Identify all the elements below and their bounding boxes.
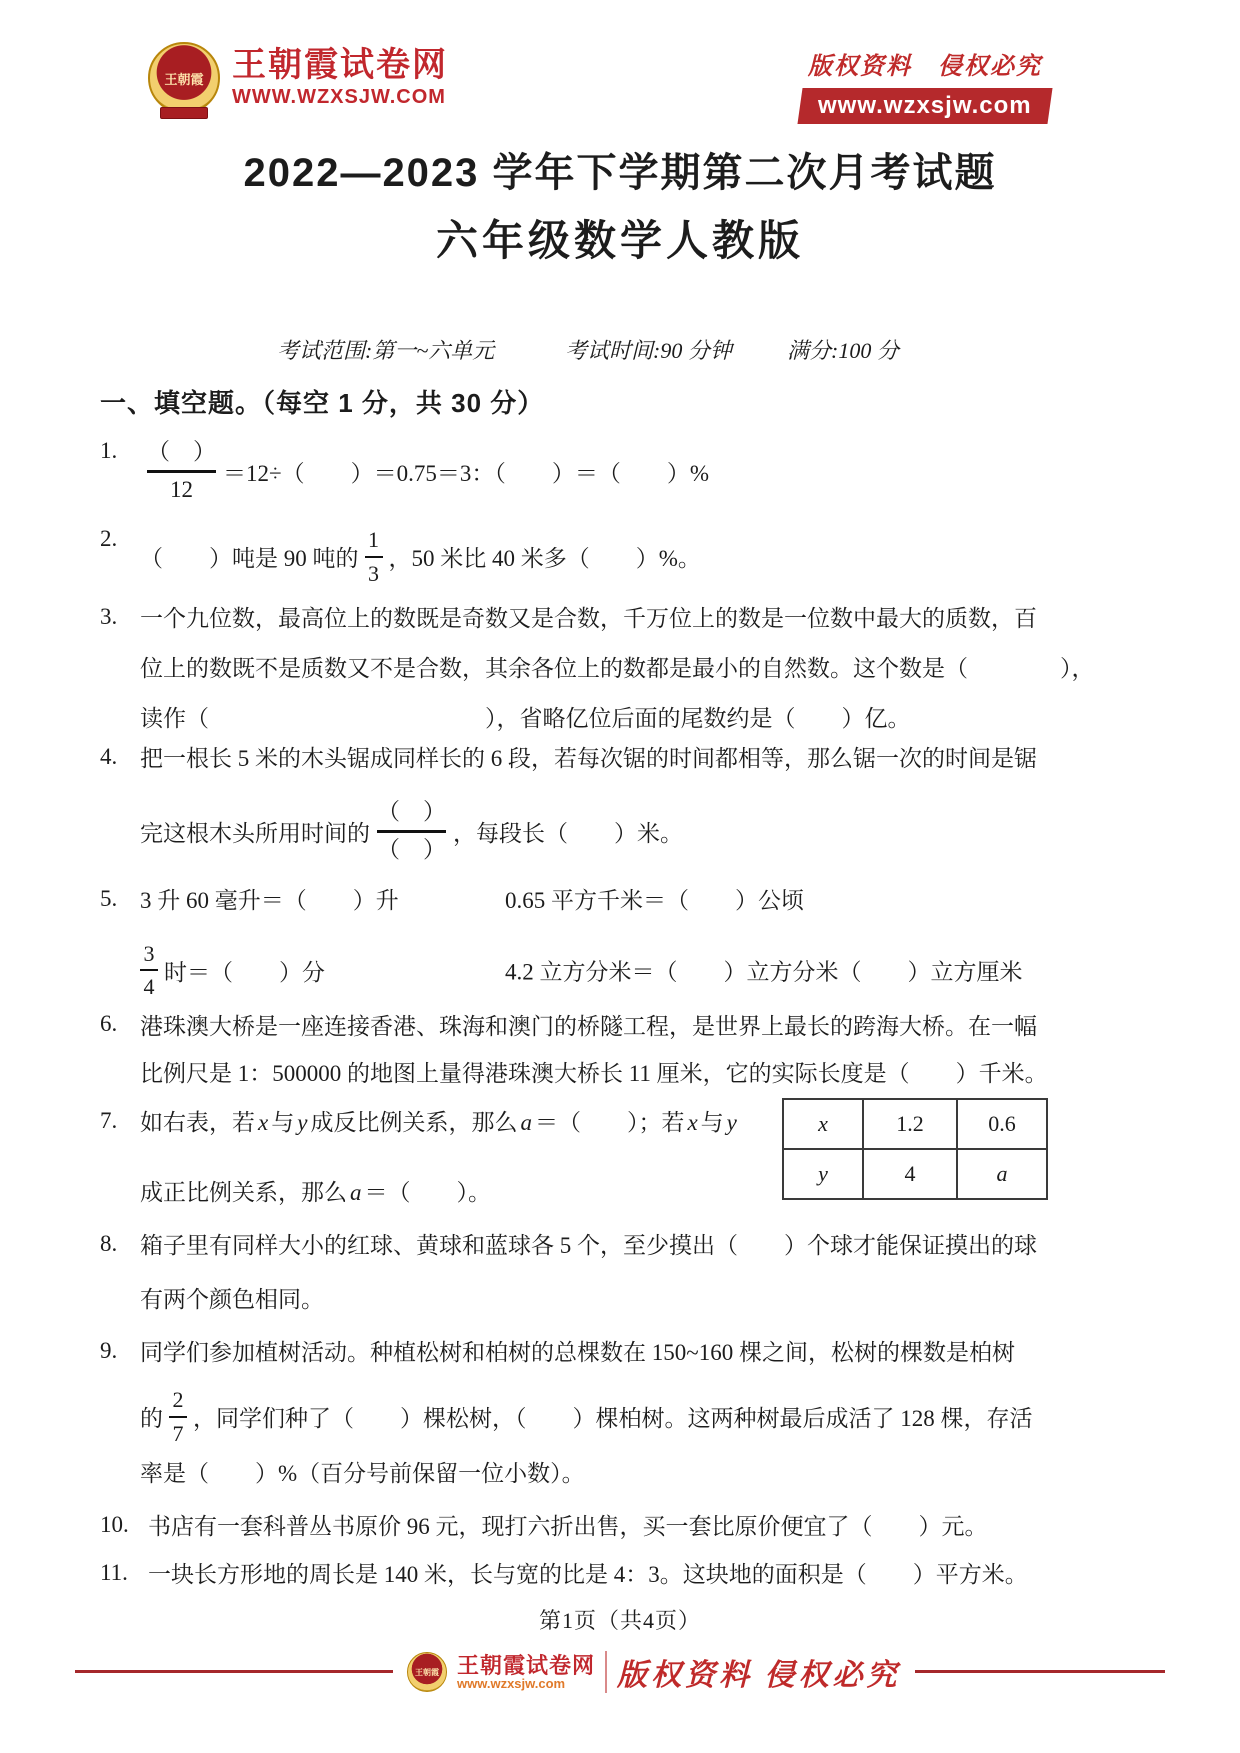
- question-9-line-1: 同学们参加植树活动。种植松树和柏树的总棵数在 150~160 棵之间，松树的棵数…: [140, 1338, 1045, 1368]
- exam-paper-page: 王朝霞 王朝霞试卷网 WWW.WZXSJW.COM 版权资料 侵权必究 www.…: [0, 0, 1240, 1753]
- question-6: 6. 港珠澳大桥是一座连接香港、珠海和澳门的桥隧工程，是世界上最长的跨海大桥。在…: [140, 1003, 1045, 1097]
- variable-a: a: [517, 1110, 535, 1135]
- question-number: 11.: [100, 1560, 128, 1586]
- header-brand: 王朝霞 王朝霞试卷网 WWW.WZXSJW.COM: [148, 42, 448, 114]
- fraction-denominator: 4: [144, 973, 155, 1001]
- fraction-bar: [365, 556, 383, 558]
- question-8-line-1: 箱子里有同样大小的红球、黄球和蓝球各 5 个，至少摸出（ ）个球才能保证摸出的球: [140, 1231, 1045, 1261]
- question-1: 1. （ ） 12 ＝12÷（ ）＝0.75＝3：（ ）＝（ ）%: [140, 438, 1045, 505]
- fraction: （ ） 12: [147, 438, 216, 505]
- question-7-text: 如右表，若: [140, 1110, 255, 1135]
- brand-name: 王朝霞试卷网: [232, 48, 448, 84]
- variable-a: a: [347, 1180, 365, 1205]
- question-10-line-1: 书店有一套科普丛书原价 96 元，现打六折出售，买一套比原价便宜了（ ）元。: [148, 1512, 1053, 1542]
- footer-brand: 王朝霞 王朝霞试卷网 www.wzxsjw.com 版权资料 侵权必究: [393, 1644, 915, 1700]
- fraction-denominator: （ ）: [377, 836, 446, 865]
- fraction-bar: [147, 470, 216, 473]
- question-9-line-3: 率是（ ）%（百分号前保留一位小数）。: [140, 1459, 1045, 1489]
- table-cell: 1.2: [863, 1099, 957, 1149]
- question-number: 4.: [100, 744, 117, 770]
- question-number: 6.: [100, 1011, 117, 1037]
- question-1-text: ＝12÷（ ）＝0.75＝3：（ ）＝（ ）%: [223, 455, 709, 488]
- question-3: 3. 一个九位数，最高位上的数既是奇数又是合数，千万位上的数是一位数中最大的质数…: [140, 594, 1045, 744]
- variable-x: x: [684, 1110, 700, 1135]
- footer-brand-url: www.wzxsjw.com: [457, 1677, 595, 1691]
- xy-ratio-table: x 1.2 0.6 y 4 a: [782, 1098, 1048, 1200]
- question-5-row-2: 3 4 时＝（ ）分 4.2 立方分米＝（ ）立方分米（ ）立方厘米: [140, 932, 1045, 1008]
- variable-x: x: [255, 1110, 271, 1135]
- question-9-line-2: 的 2 7 ，同学们种了（ ）棵松树，（ ）棵柏树。这两种树最后成活了 128 …: [140, 1386, 1045, 1447]
- question-8-line-2: 有两个颜色相同。: [140, 1285, 1045, 1315]
- question-number: 2.: [100, 526, 117, 552]
- url-banner: www.wzxsjw.com: [797, 88, 1052, 124]
- table-cell: 4: [863, 1149, 957, 1199]
- question-3-line-2: 位上的数既不是质数又不是合数，其余各位上的数都是最小的自然数。这个数是（ ），: [140, 644, 1045, 694]
- page-number: 第1页（共4页）: [0, 1604, 1240, 1635]
- fraction: 3 4: [140, 940, 158, 1001]
- question-11: 11. 一块长方形地的周长是 140 米，长与宽的比是 4：3。这块地的面积是（…: [148, 1560, 1053, 1590]
- question-7-text: ＝（ ）。: [365, 1180, 492, 1205]
- table-cell: a: [957, 1149, 1047, 1199]
- fraction-numerator: 2: [173, 1386, 184, 1414]
- question-6-line-2: 比例尺是 1：500000 的地图上量得港珠澳大桥长 11 厘米，它的实际长度是…: [140, 1050, 1045, 1097]
- question-2-text-post: ，50 米比 40 米多（ ）%。: [389, 540, 701, 573]
- question-4-text-pre: 完这根木头所用时间的: [140, 815, 370, 848]
- fraction-numerator: （ ）: [147, 438, 216, 467]
- fraction-numerator: 1: [368, 526, 379, 554]
- question-11-line-1: 一块长方形地的周长是 140 米，长与宽的比是 4：3。这块地的面积是（ ）平方…: [148, 1560, 1053, 1590]
- brand-badge-icon: 王朝霞: [407, 1652, 447, 1692]
- fraction-denominator: 7: [173, 1420, 184, 1448]
- brand-badge-icon: 王朝霞: [148, 42, 220, 114]
- question-3-line-3: 读作（ ），省略亿位后面的尾数约是（ ）亿。: [140, 694, 1045, 744]
- fraction-bar: [169, 1416, 187, 1418]
- question-7-text: 与: [271, 1110, 294, 1135]
- question-4: 4. 把一根长 5 米的木头锯成同样长的 6 段，若每次锯的时间都相等，那么锯一…: [140, 744, 1045, 865]
- fraction-bar: [377, 830, 446, 833]
- section-1-heading: 一、填空题。（每空 1 分，共 30 分）: [100, 383, 544, 420]
- exam-time: 考试时间:90 分钟: [565, 334, 732, 365]
- exam-scope: 考试范围:第一~六单元: [277, 334, 494, 365]
- header-copyright: 版权资料 侵权必究 www.wzxsjw.com: [800, 46, 1050, 124]
- brand-badge-text: 王朝霞: [415, 1667, 439, 1678]
- question-number: 10.: [100, 1512, 129, 1538]
- question-4-line-1: 把一根长 5 米的木头锯成同样长的 6 段，若每次锯的时间都相等，那么锯一次的时…: [140, 744, 1045, 774]
- question-number: 3.: [100, 604, 117, 630]
- question-2-line: （ ）吨是 90 吨的 1 3 ，50 米比 40 米多（ ）%。: [140, 526, 1045, 587]
- question-7-text: 成正比例关系，那么: [140, 1180, 347, 1205]
- footer-bar: 王朝霞 王朝霞试卷网 www.wzxsjw.com 版权资料 侵权必究: [0, 1648, 1240, 1712]
- footer-vertical-divider: [605, 1651, 607, 1693]
- exam-score: 满分:100 分: [787, 334, 899, 365]
- brand-text-block: 王朝霞试卷网 WWW.WZXSJW.COM: [232, 48, 448, 109]
- url-banner-text: www.wzxsjw.com: [818, 92, 1032, 120]
- question-5: 5. 3 升 60 毫升＝（ ）升 0.65 平方千米＝（ ）公顷 3 4 时＝…: [140, 886, 1045, 1008]
- fraction: 2 7: [169, 1386, 187, 1447]
- brand-badge-text: 王朝霞: [164, 69, 203, 88]
- exam-title-line2: 六年级数学人教版: [0, 208, 1240, 268]
- copyright-slogan: 版权资料 侵权必究: [800, 46, 1050, 81]
- question-4-text-post: ，每段长（ ）米。: [453, 815, 683, 848]
- fraction-numerator: 3: [144, 940, 155, 968]
- table-row: y 4 a: [783, 1149, 1047, 1199]
- question-10: 10. 书店有一套科普丛书原价 96 元，现打六折出售，买一套比原价便宜了（ ）…: [148, 1512, 1053, 1542]
- table-cell: x: [783, 1099, 863, 1149]
- variable-y: y: [724, 1110, 740, 1135]
- footer-brand-text-block: 王朝霞试卷网 www.wzxsjw.com: [457, 1654, 595, 1691]
- question-2-text-pre: （ ）吨是 90 吨的: [140, 540, 359, 573]
- exam-title-line1: 2022—2023 学年下学期第二次月考试题: [0, 141, 1240, 198]
- variable-y: y: [294, 1110, 310, 1135]
- brand-url: WWW.WZXSJW.COM: [232, 87, 448, 108]
- question-5-r1c2: 0.65 平方千米＝（ ）公顷: [505, 886, 804, 916]
- question-9-text-pre: 的: [140, 1400, 163, 1433]
- question-3-line-1: 一个九位数，最高位上的数既是奇数又是合数，千万位上的数是一位数中最大的质数，百: [140, 594, 1045, 644]
- exam-info-row: 考试范围:第一~六单元 考试时间:90 分钟 满分:100 分: [0, 334, 1240, 364]
- question-7-text: ＝（ ）；若: [535, 1110, 685, 1135]
- question-5-r2c2: 4.2 立方分米＝（ ）立方分米（ ）立方厘米: [505, 954, 1023, 987]
- fraction: 1 3: [365, 526, 383, 587]
- fraction: （ ） （ ）: [377, 798, 446, 865]
- question-number: 7.: [100, 1108, 117, 1134]
- footer-slogan: 版权资料 侵权必究: [617, 1650, 901, 1694]
- question-2: 2. （ ）吨是 90 吨的 1 3 ，50 米比 40 米多（ ）%。: [140, 526, 1045, 587]
- table-cell: y: [783, 1149, 863, 1199]
- question-number: 1.: [100, 438, 117, 464]
- question-6-line-1: 港珠澳大桥是一座连接香港、珠海和澳门的桥隧工程，是世界上最长的跨海大桥。在一幅: [140, 1003, 1045, 1050]
- table-row: x 1.2 0.6: [783, 1099, 1047, 1149]
- question-number: 5.: [100, 886, 117, 912]
- question-8: 8. 箱子里有同样大小的红球、黄球和蓝球各 5 个，至少摸出（ ）个球才能保证摸…: [140, 1231, 1045, 1315]
- question-number: 8.: [100, 1231, 117, 1257]
- fraction-denominator: 12: [170, 476, 193, 505]
- fraction-bar: [140, 969, 158, 971]
- question-5-row-1: 3 升 60 毫升＝（ ）升 0.65 平方千米＝（ ）公顷: [140, 886, 1045, 916]
- question-number: 9.: [100, 1338, 117, 1364]
- question-7-text: 成反比例关系，那么: [310, 1110, 517, 1135]
- question-5-r2c1-text: 时＝（ ）分: [164, 954, 325, 987]
- question-7-text: 与: [701, 1110, 724, 1135]
- fraction-denominator: 3: [368, 560, 379, 588]
- fraction-numerator: （ ）: [377, 798, 446, 827]
- question-1-line: （ ） 12 ＝12÷（ ）＝0.75＝3：（ ）＝（ ）%: [140, 438, 1045, 505]
- question-5-r1c1: 3 升 60 毫升＝（ ）升: [140, 888, 399, 913]
- brand-badge-ribbon: [160, 107, 208, 119]
- question-9-text-post: ，同学们种了（ ）棵松树，（ ）棵柏树。这两种树最后成活了 128 棵，存活: [193, 1400, 1033, 1433]
- footer-brand-name: 王朝霞试卷网: [457, 1654, 595, 1677]
- table-cell: 0.6: [957, 1099, 1047, 1149]
- question-9: 9. 同学们参加植树活动。种植松树和柏树的总棵数在 150~160 棵之间，松树…: [140, 1338, 1045, 1489]
- question-4-line-2: 完这根木头所用时间的 （ ） （ ） ，每段长（ ）米。: [140, 798, 1045, 865]
